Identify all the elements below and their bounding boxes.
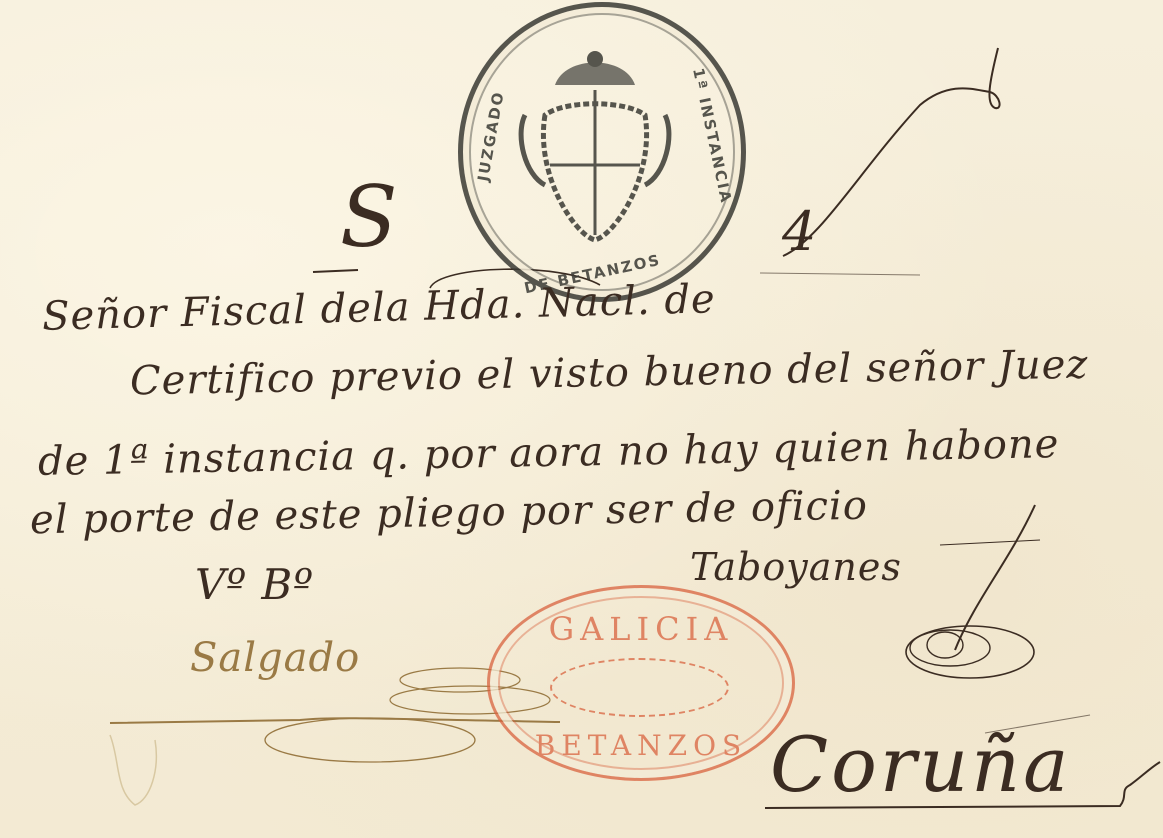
coat-of-arms-icon [515,45,675,245]
red-stamp-top-text: GALICIA [490,610,792,648]
document-page: S 4 JUZGADO 1ª INSTANCIA DE BETANZOS Señ… [0,0,1163,838]
court-seal-stamp: JUZGADO 1ª INSTANCIA DE BETANZOS [458,2,746,302]
destination-city: Coruña [770,720,1071,809]
seal-left-text: JUZGADO [474,89,508,182]
signature-right: Taboyanes [690,545,902,589]
red-stamp-bottom-text: BETANZOS [490,729,792,762]
red-stamp-center-ornament [550,658,729,717]
seal-right-text: 1ª INSTANCIA [689,66,735,205]
signature-left: Salgado [190,635,360,681]
visto-bueno-mark: Vº Bº [195,560,314,609]
numeral-mark-right: 4 [782,200,817,263]
numeral-mark-left: S [340,168,399,266]
postal-origin-stamp: GALICIA BETANZOS [487,585,795,781]
